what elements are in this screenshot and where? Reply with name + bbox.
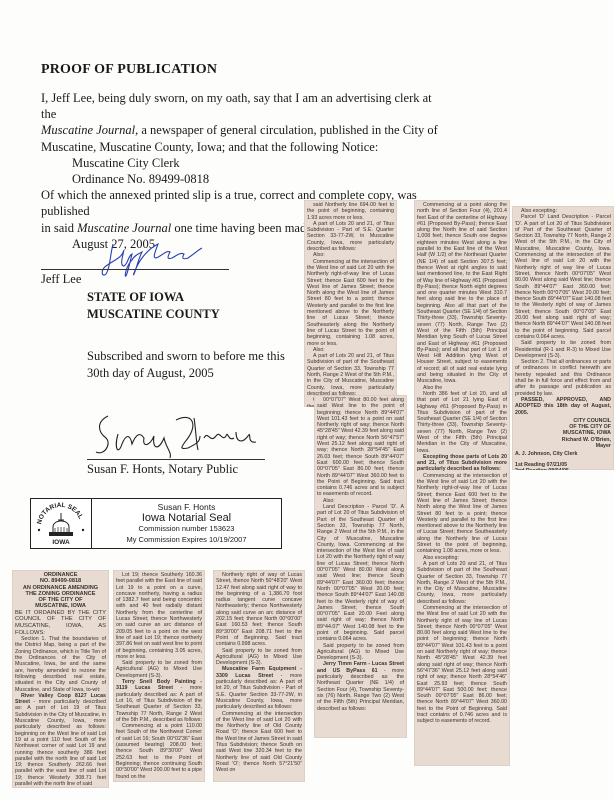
clipping-paragraph: Muscatine Farm Equipment - 3309 Lucas St… — [216, 666, 302, 710]
clipping-paragraphs: Also excepting:Parcel 'D' Land Descripti… — [515, 208, 611, 416]
clipping-paragraph: Said property to be zoned from Residenti… — [515, 340, 611, 359]
notarial-seal-stamp: NOTARIAL SEAL IOWA Susan F. Honts Iowa N… — [30, 498, 282, 549]
clipping-paragraph: Section 2. That all ordinances or parts … — [515, 359, 611, 397]
clipping-paragraph: 00°07'07" West 80.00 feet along said Wes… — [317, 397, 404, 498]
clipping-paragraphs: Section 1. That the boundaries of the Di… — [15, 636, 106, 787]
clipping-column-5: Commencing at a point along the north li… — [414, 200, 510, 766]
clipping-paragraphs: Commencing at a point along the north li… — [417, 202, 507, 725]
seal-title: Iowa Notarial Seal — [92, 512, 281, 524]
affidavit-line: Muscatine Journal, a newspaper of genera… — [41, 122, 441, 138]
newspaper-name: Muscatine Journal — [41, 123, 135, 137]
clipping-paragraph: Commencing at the intersection of the We… — [307, 259, 394, 347]
clipping-paragraph: Said property to be zoned from Agricultu… — [216, 648, 302, 667]
svg-text:IOWA: IOWA — [52, 539, 70, 546]
clipping-paragraph: Jerry Timm Farm - Lucas Street and US By… — [317, 661, 404, 711]
document-title: PROOF OF PUBLICATION — [41, 62, 217, 78]
clerk-name: Jeff Lee — [41, 272, 81, 287]
seal-commission-number: Commission number 153623 — [92, 524, 281, 535]
clipping-paragraph: Commencing at a point along the north li… — [417, 202, 507, 385]
clipping-paragraphs: Northerly right of way of Lucas Street, … — [216, 572, 302, 774]
clipping-paragraph: Said property to be zoned from Agricultu… — [116, 660, 202, 679]
clipping-column-4a: said Northerly line 694.00 feet to the p… — [304, 200, 397, 407]
clerk-signature-line — [41, 269, 229, 270]
capitol-dome-icon: NOTARIAL SEAL IOWA — [31, 499, 91, 548]
jurat-date: 30th day of August, 2005 — [87, 365, 285, 382]
seal-notary-name: Susan F. Honts — [92, 502, 281, 513]
notary-signature — [92, 408, 262, 460]
clipping-paragraph: River Valley Coop 8127 Lucas Street - mo… — [15, 693, 106, 787]
clipping-column-4b: 00°07'07" West 80.00 feet along said Wes… — [314, 395, 407, 738]
affidavit-line: I, Jeff Lee, being duly sworn, on my oat… — [41, 90, 441, 122]
notary-signature-line — [87, 459, 265, 460]
jurat: Subscribed and sworn to before me this 3… — [87, 348, 285, 381]
county-name: MUSCATINE COUNTY — [87, 306, 220, 323]
clipping-paragraph: PASSED, APPROVED, AND ADOPTED this 18th … — [515, 397, 611, 416]
ordinance-header-line: AN ORDINANCE AMENDING — [15, 585, 106, 591]
jurat-line: Subscribed and sworn to before me this — [87, 348, 285, 365]
clipping-paragraph: Excepting those parts of Lots 20 and 21,… — [417, 454, 507, 473]
enacting-clause: BE IT ORDAINED BY THE CITY COUNCIL OF TH… — [15, 610, 106, 636]
reading-dates: 1st Reading 07/21/052nd Reading 08/04/05… — [515, 462, 611, 470]
newspaper-name: Muscatine Journal — [77, 221, 171, 235]
clipping-paragraph: Commencing at the intersection of the We… — [417, 473, 507, 555]
clipping-paragraphs: said Northerly line 694.00 feet to the p… — [307, 202, 394, 407]
clipping-paragraphs: Lot 19; thence Southerly 160.36 feet par… — [116, 572, 202, 780]
clipping-paragraph: Commencing at a point 110.00 feet South … — [116, 723, 202, 780]
notice-ordinance: Ordinance No. 89499-0818 — [41, 171, 441, 187]
clipping-paragraph: Commencing at the intersection of the We… — [216, 711, 302, 774]
council-signature-block: CITY COUNCILOF THE CITY OFMUSCATINE, IOW… — [515, 418, 611, 449]
clipping-paragraph: A part of Lots 20 and 21, of Titus Subdi… — [417, 561, 507, 605]
clipping-paragraph: Lot 19; thence Southerly 160.36 feet par… — [116, 572, 202, 660]
affidavit-line: Muscatine, Muscatine County, Iowa; and t… — [41, 139, 441, 155]
city-clerk-attest: A. J. Johnson, City Clerk — [515, 451, 611, 457]
ordinance-header: ORDINANCENO. 89499-0818AN ORDINANCE AMEN… — [15, 572, 106, 610]
clipping-paragraph: said Northerly line 694.00 feet to the p… — [307, 202, 394, 221]
reading-date: 2nd Reading 08/04/05 — [515, 468, 611, 470]
notice-issuer: Muscatine City Clerk — [41, 155, 441, 171]
clipping-paragraph: A part of Lots 20 and 21, of Titus Subdi… — [307, 221, 394, 252]
clipping-paragraphs: 00°07'07" West 80.00 feet along said Wes… — [317, 397, 404, 712]
seal-expiration: My Commission Expires 10/19/2007 — [92, 535, 281, 546]
clerk-signature — [98, 236, 208, 278]
seal-text: Susan F. Honts Iowa Notarial Seal Commis… — [92, 499, 281, 548]
notary-name: Susan F. Honts, Notary Public — [87, 462, 238, 477]
clipping-column-1: ORDINANCENO. 89499-0818AN ORDINANCE AMEN… — [12, 570, 109, 788]
council-line: Mayer — [515, 443, 611, 449]
state-name: STATE OF IOWA — [87, 289, 220, 306]
clipping-column-6: Also excepting:Parcel 'D' Land Descripti… — [512, 206, 614, 470]
clipping-paragraph: Terry Snell Body Painting - 3119 Lucas S… — [116, 679, 202, 723]
clipping-paragraph: Parcel 'D' Land Description - Parcel 'D'… — [515, 214, 611, 340]
clipping-paragraph: Northerly right of way of Lucas Street, … — [216, 572, 302, 648]
clipping-paragraph: Section 1. That the boundaries of the Di… — [15, 636, 106, 693]
clipping-paragraph: Said property to be zoned from Agricultu… — [317, 643, 404, 662]
clipping-paragraph: Land Description - Parcel 'D'. A part of… — [317, 504, 404, 643]
notarial-seal-emblem: NOTARIAL SEAL IOWA — [31, 499, 92, 548]
clipping-paragraph: A part of Lots 20 and 21, of Titus Subdi… — [307, 353, 394, 397]
jurisdiction: STATE OF IOWA MUSCATINE COUNTY — [87, 289, 220, 322]
clipping-column-3: Northerly right of way of Lucas Street, … — [213, 570, 305, 782]
clipping-paragraph: Commencing at the intersection of the We… — [417, 605, 507, 725]
clipping-column-2: Lot 19; thence Southerly 160.36 feet par… — [113, 570, 205, 782]
clipping-paragraph: North 386 feet of Lot 20, and all that p… — [417, 391, 507, 454]
